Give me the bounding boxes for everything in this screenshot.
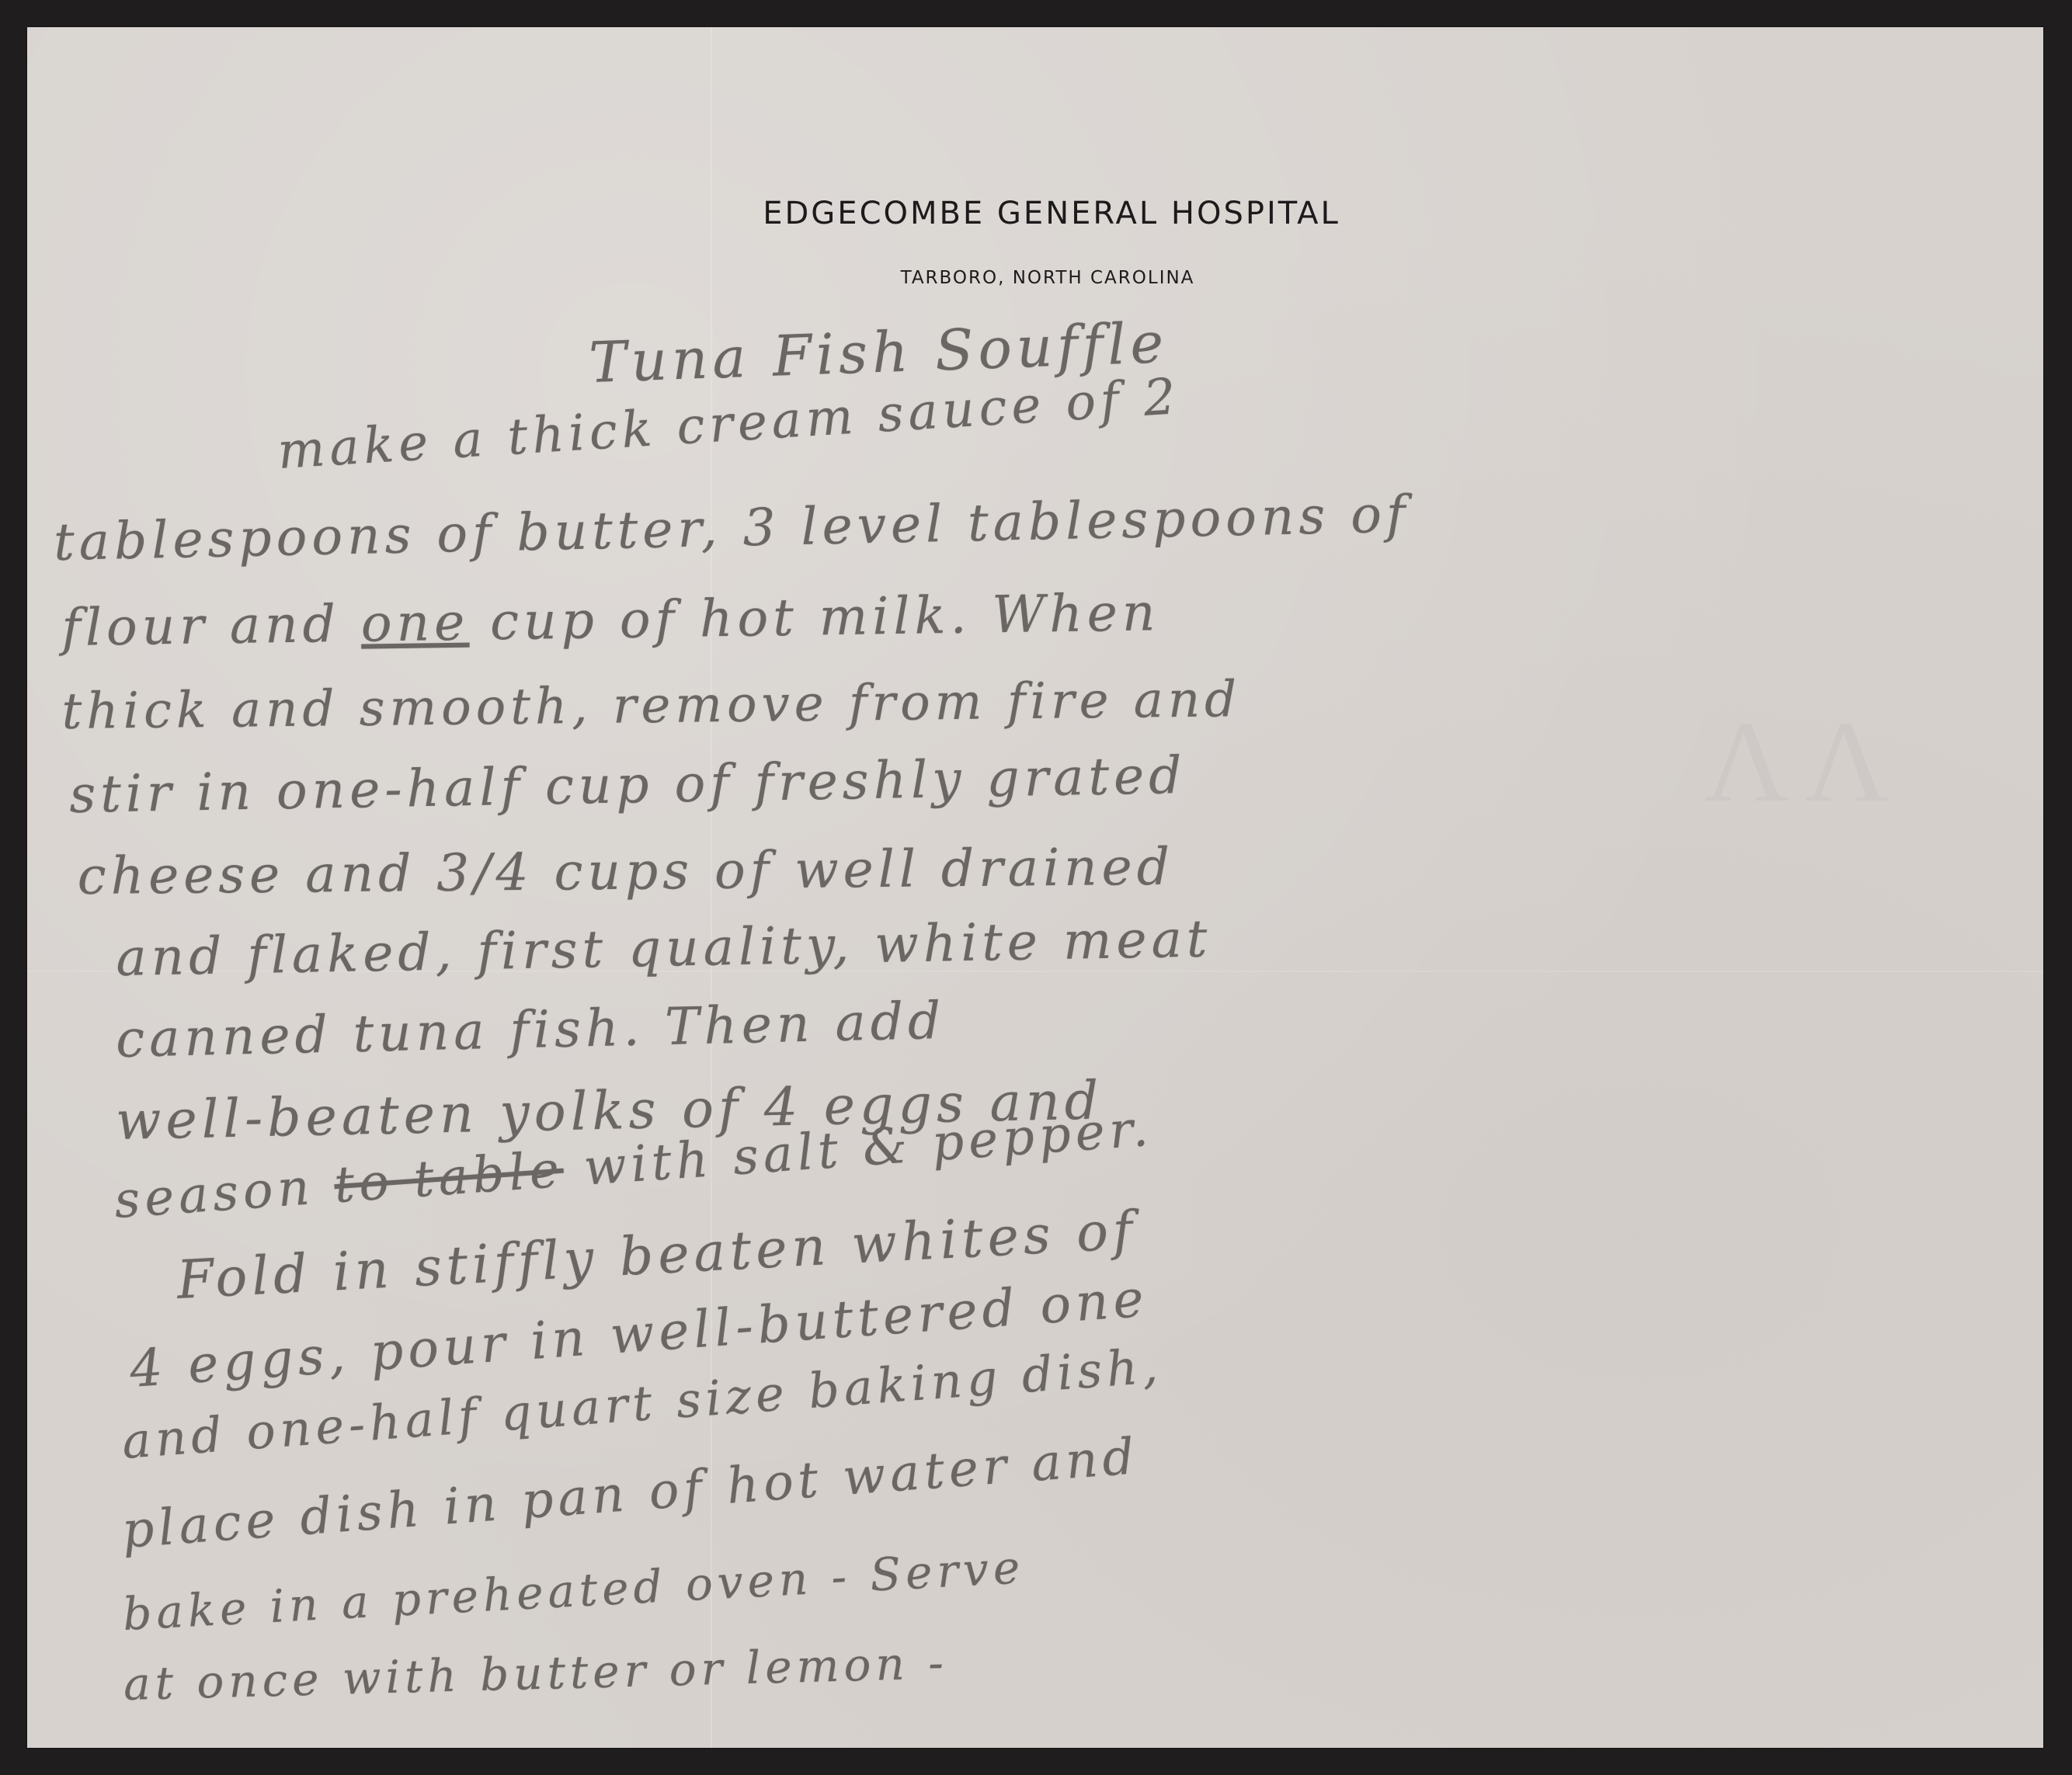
letterhead-location: TARBORO, NORTH CAROLINA	[0, 268, 2072, 288]
scanned-document: ΛΛ EDGECOMBE GENERAL HOSPITAL TARBORO, N…	[0, 0, 2072, 1775]
paper-watermark: ΛΛ	[1705, 695, 1905, 828]
letterhead-hospital-name: EDGECOMBE GENERAL HOSPITAL	[0, 196, 2072, 231]
recipe-line: cheese and 3/4 cups of well drained	[77, 837, 1174, 906]
underlined-word: one	[360, 592, 469, 654]
